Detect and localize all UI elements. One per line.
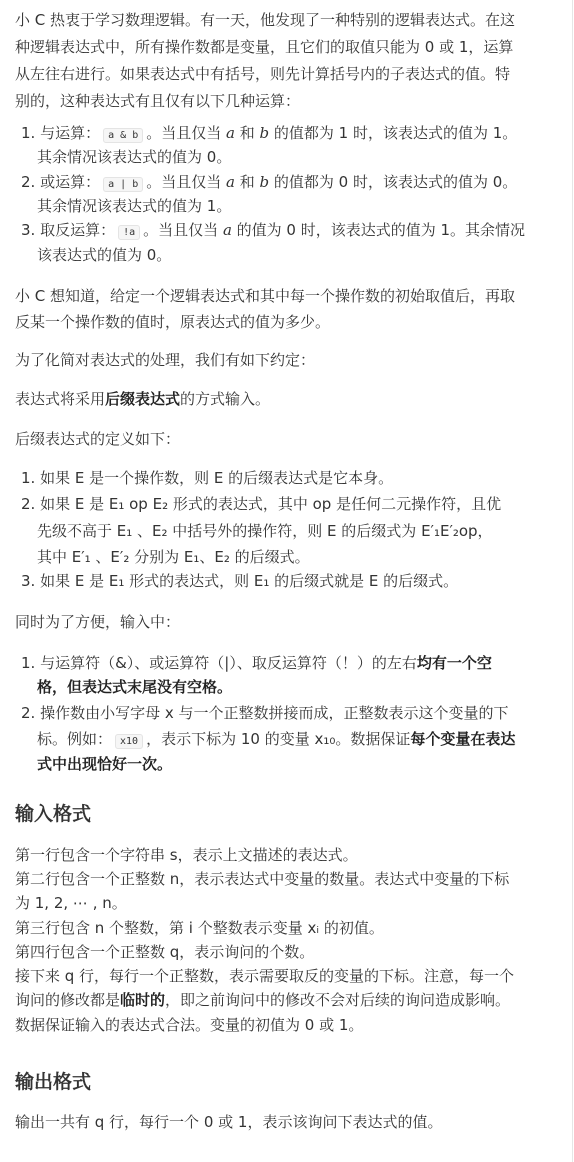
text-line: 数据保证输入的表达式合法。变量的初值为 0 或 1。	[15, 1013, 363, 1038]
text-line: 输出一共有 q 行，每行一个 0 或 1，表示该询问下表达式的值。	[15, 1110, 442, 1135]
text-line: 小 C 想知道，给定一个逻辑表达式和其中每一个操作数的初始取值后，再取	[15, 284, 515, 309]
text-line: 接下来 q 行，每行一个正整数，表示需要取反的变量的下标。注意，每一个	[15, 964, 514, 989]
list-item: 2. 如果 E 是 E₁ op E₂ 形式的表达式，其中 op 是任何二元操作符…	[21, 492, 501, 517]
input-format-heading: 输入格式	[15, 800, 91, 828]
inline-code: a & b	[103, 128, 143, 143]
list-item: 3. 如果 E 是 E₁ 形式的表达式，则 E₁ 的后缀式就是 E 的后缀式。	[21, 569, 458, 594]
text-line: 后缀表达式的定义如下：	[15, 427, 180, 452]
list-item: 3. 取反运算：!a。当且仅当 a 的值为 0 时，该表达式的值为 1。其余情况	[21, 218, 525, 243]
text-line: 第二行包含一个正整数 n，表示表达式中变量的数量。表达式中变量的下标	[15, 867, 509, 892]
list-item: 1. 如果 E 是一个操作数，则 E 的后缀表达式是它本身。	[21, 466, 393, 491]
inline-code: a | b	[103, 177, 143, 192]
text-line: 小 C 热衷于学习数理逻辑。有一天，他发现了一种特别的逻辑表达式。在这	[15, 8, 515, 33]
text-line: 为 1, 2, ⋯ , n。	[15, 891, 127, 916]
text-line: 其中 E′₁ 、E′₂ 分别为 E₁、E₂ 的后缀式。	[37, 545, 310, 570]
postfix-intro: 表达式将采用后缀表达式的方式输入。	[15, 387, 270, 412]
text-line: 同时为了方便，输入中：	[15, 610, 180, 635]
text-line: 式中出现恰好一次。	[37, 752, 172, 777]
text-line: 第四行包含一个正整数 q，表示询问的个数。	[15, 940, 314, 965]
inline-code: !a	[118, 225, 140, 240]
text-line: 其余情况该表达式的值为 0。	[37, 145, 231, 170]
text-line: 先级不高于 E₁ 、E₂ 中括号外的操作符，则 E 的后缀式为 E′₁E′₂op…	[37, 519, 493, 544]
text-line: 别的，这种表达式有且仅有以下几种运算：	[15, 89, 300, 114]
text-line: 标。例如：x10，表示下标为 10 的变量 x₁₀。数据保证每个变量在表达	[37, 727, 515, 752]
list-item: 1. 与运算：a & b。当且仅当 a 和 b 的值都为 1 时，该表达式的值为…	[21, 121, 517, 146]
text-line: 第三行包含 n 个整数，第 i 个整数表示变量 xᵢ 的初值。	[15, 916, 384, 941]
text-line: 为了化简对表达式的处理，我们有如下约定：	[15, 348, 315, 373]
text-line: 反某一个操作数的值时，原表达式的值为多少。	[15, 310, 330, 335]
list-item: 2. 或运算：a | b。当且仅当 a 和 b 的值都为 0 时，该表达式的值为…	[21, 170, 517, 195]
text-line: 第一行包含一个字符串 s，表示上文描述的表达式。	[15, 843, 358, 868]
text-line: 该表达式的值为 0。	[37, 243, 171, 268]
list-item: 2. 操作数由小写字母 x 与一个正整数拼接而成，正整数表示这个变量的下	[21, 701, 509, 726]
inline-code: x10	[115, 734, 143, 749]
list-item: 1. 与运算符（&）、或运算符（|）、取反运算符（！）的左右均有一个空	[21, 651, 492, 676]
text-line: 从左往右进行。如果表达式中有括号，则先计算括号内的子表达式的值。特	[15, 62, 510, 87]
page-border	[572, 0, 573, 1162]
text-line: 询问的修改都是临时的，即之前询问中的修改不会对后续的询问造成影响。	[15, 988, 510, 1013]
output-format-heading: 输出格式	[15, 1068, 91, 1096]
text-line: 其余情况该表达式的值为 1。	[37, 194, 231, 219]
text-line: 格，但表达式末尾没有空格。	[37, 675, 232, 700]
text-line: 种逻辑表达式中，所有操作数都是变量，且它们的取值只能为 0 或 1，运算	[15, 35, 513, 60]
